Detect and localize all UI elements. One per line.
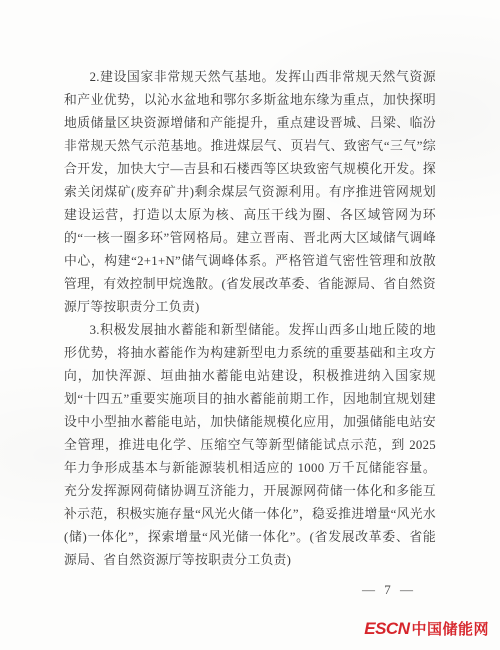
document-body: 2.建设国家非常规天然气基地。发挥山西非常规天然气资源和产业优势，以沁水盆地和鄂… [64,66,436,601]
paragraph-energy-storage: 3.积极发展抽水蓄能和新型储能。发挥山西多山地丘陵的地形优势，将抽水蓄能作为构建… [64,319,436,572]
document-page: 2.建设国家非常规天然气基地。发挥山西非常规天然气资源和产业优势，以沁水盆地和鄂… [0,0,500,650]
page-number: — 7 — [64,578,436,601]
escn-watermark-logo: ESCN 中国储能网 [364,618,489,639]
paragraph-gas-base: 2.建设国家非常规天然气基地。发挥山西非常规天然气资源和产业优势，以沁水盆地和鄂… [64,66,436,319]
escn-logo-latin-text: ESCN [364,619,409,639]
escn-logo-cjk-text: 中国储能网 [411,618,489,639]
